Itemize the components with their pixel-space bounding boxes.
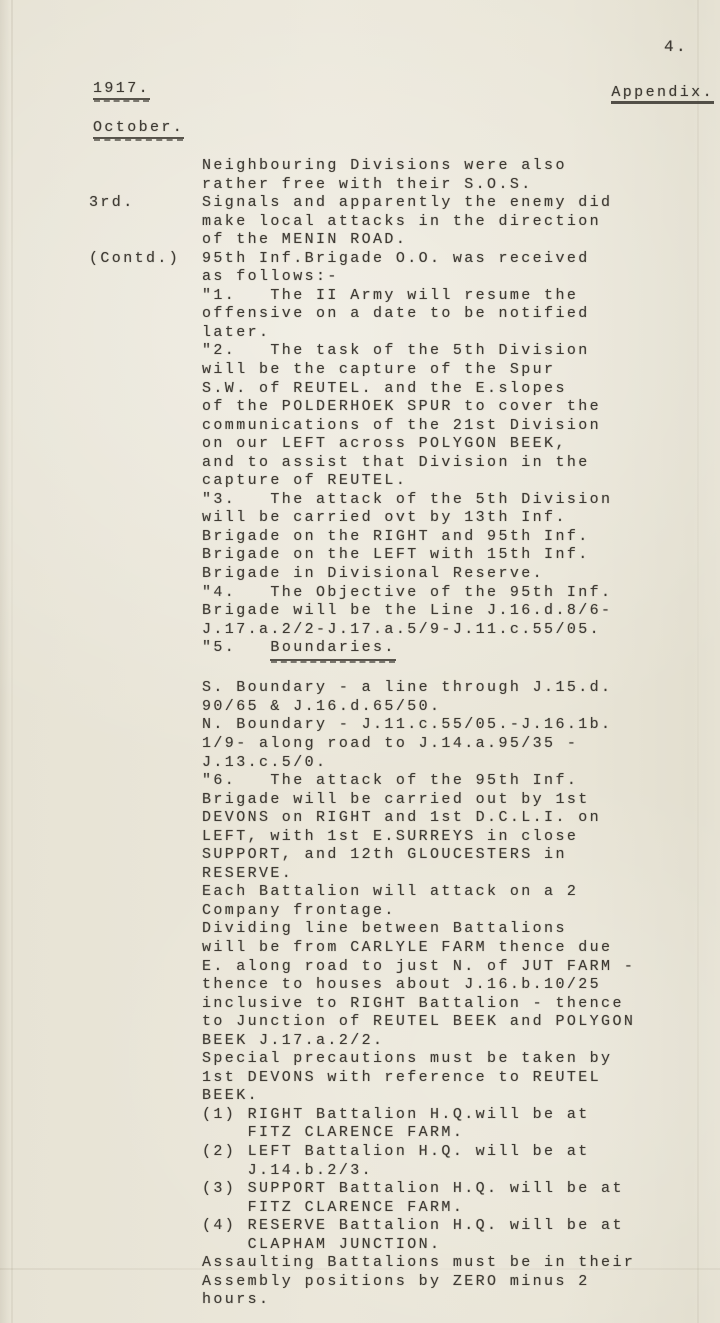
body-line: later. <box>202 324 672 343</box>
body-line: hours. <box>202 1291 672 1310</box>
body-line: SUPPORT, and 12th GLOUCESTERS in <box>202 846 672 865</box>
body-line: of the MENIN ROAD. <box>202 231 672 250</box>
body-line: of the POLDERHOEK SPUR to cover the <box>202 398 672 417</box>
body-line: capture of REUTEL. <box>202 472 672 491</box>
margin-date: 3rd. <box>89 194 180 213</box>
body-line: Each Battalion will attack on a 2 <box>202 883 672 902</box>
body-line: make local attacks in the direction <box>202 213 672 232</box>
body-text: Neighbouring Divisions were alsorather f… <box>202 157 672 1310</box>
appendix-heading-text: Appendix. <box>611 84 714 104</box>
underlined-subheading: Boundaries. <box>270 639 395 661</box>
margin-contd: (Contd.) <box>89 250 180 269</box>
body-line: Brigade on the LEFT with 15th Inf. <box>202 546 672 565</box>
body-line: 95th Inf.Brigade O.O. was received <box>202 250 672 269</box>
body-line: (1) RIGHT Battalion H.Q.will be at <box>202 1106 672 1125</box>
body-line: offensive on a date to be notified <box>202 305 672 324</box>
body-line: on our LEFT across POLYGON BEEK, <box>202 435 672 454</box>
year-heading-text: 1917. <box>93 80 150 100</box>
appendix-heading: Appendix. <box>611 84 714 104</box>
body-line: communications of the 21st Division <box>202 417 672 436</box>
body-line: Company frontage. <box>202 902 672 921</box>
body-line: Neighbouring Divisions were also <box>202 157 672 176</box>
body-line: "5. Boundaries. <box>202 639 672 661</box>
body-line: 1/9- along road to J.14.a.95/35 - <box>202 735 672 754</box>
body-line: will be the capture of the Spur <box>202 361 672 380</box>
body-line: J.17.a.2/2-J.17.a.5/9-J.11.c.55/05. <box>202 621 672 640</box>
document-page: 4. 1917. Appendix. October. 3rd. (Contd.… <box>0 0 720 1323</box>
body-line: Special precautions must be taken by <box>202 1050 672 1069</box>
body-line: BEEK. <box>202 1087 672 1106</box>
body-line: will be carried ovt by 13th Inf. <box>202 509 672 528</box>
body-line: 1st DEVONS with reference to REUTEL <box>202 1069 672 1088</box>
body-line: Brigade in Divisional Reserve. <box>202 565 672 584</box>
body-line: (4) RESERVE Battalion H.Q. will be at <box>202 1217 672 1236</box>
body-line: Assembly positions by ZERO minus 2 <box>202 1273 672 1292</box>
body-line: LEFT, with 1st E.SURREYS in close <box>202 828 672 847</box>
body-line: CLAPHAM JUNCTION. <box>202 1236 672 1255</box>
body-line: (3) SUPPORT Battalion H.Q. will be at <box>202 1180 672 1199</box>
body-line: Dividing line between Battalions <box>202 920 672 939</box>
year-heading: 1917. <box>93 80 150 100</box>
body-line: Brigade will be the Line J.16.d.8/6- <box>202 602 672 621</box>
body-line: BEEK J.17.a.2/2. <box>202 1032 672 1051</box>
body-line <box>202 661 672 680</box>
body-line: J.13.c.5/0. <box>202 754 672 773</box>
body-line: 90/65 & J.16.d.65/50. <box>202 698 672 717</box>
body-line: Brigade will be carried out by 1st <box>202 791 672 810</box>
body-line: J.14.b.2/3. <box>202 1162 672 1181</box>
body-line: S.W. of REUTEL. and the E.slopes <box>202 380 672 399</box>
body-line: "6. The attack of the 95th Inf. <box>202 772 672 791</box>
body-line: "4. The Objective of the 95th Inf. <box>202 584 672 603</box>
body-line: inclusive to RIGHT Battalion - thence <box>202 995 672 1014</box>
body-line: and to assist that Division in the <box>202 454 672 473</box>
body-line: DEVONS on RIGHT and 1st D.C.L.I. on <box>202 809 672 828</box>
body-line: Assaulting Battalions must be in their <box>202 1254 672 1273</box>
body-line: FITZ CLARENCE FARM. <box>202 1199 672 1218</box>
body-line: "3. The attack of the 5th Division <box>202 491 672 510</box>
body-line: Signals and apparently the enemy did <box>202 194 672 213</box>
body-line: will be from CARLYLE FARM thence due <box>202 939 672 958</box>
body-line: (2) LEFT Battalion H.Q. will be at <box>202 1143 672 1162</box>
month-heading: October. <box>93 119 184 139</box>
body-line: RESERVE. <box>202 865 672 884</box>
paper-crease-right <box>697 0 699 1323</box>
month-heading-text: October. <box>93 119 184 139</box>
margin-column: 3rd. (Contd.) <box>89 157 180 305</box>
body-line: "1. The II Army will resume the <box>202 287 672 306</box>
body-line: rather free with their S.O.S. <box>202 176 672 195</box>
body-line: Brigade on the RIGHT and 95th Inf. <box>202 528 672 547</box>
body-line: to Junction of REUTEL BEEK and POLYGON <box>202 1013 672 1032</box>
body-line: E. along road to just N. of JUT FARM - <box>202 958 672 977</box>
body-line: as follows:- <box>202 268 672 287</box>
paper-crease-left <box>11 0 13 1323</box>
body-line: thence to houses about J.16.b.10/25 <box>202 976 672 995</box>
page-number: 4. <box>664 38 688 56</box>
body-line: N. Boundary - J.11.c.55/05.-J.16.1b. <box>202 716 672 735</box>
body-line: FITZ CLARENCE FARM. <box>202 1124 672 1143</box>
body-line: S. Boundary - a line through J.15.d. <box>202 679 672 698</box>
body-line-prefix: "5. <box>202 639 270 656</box>
body-line: "2. The task of the 5th Division <box>202 342 672 361</box>
